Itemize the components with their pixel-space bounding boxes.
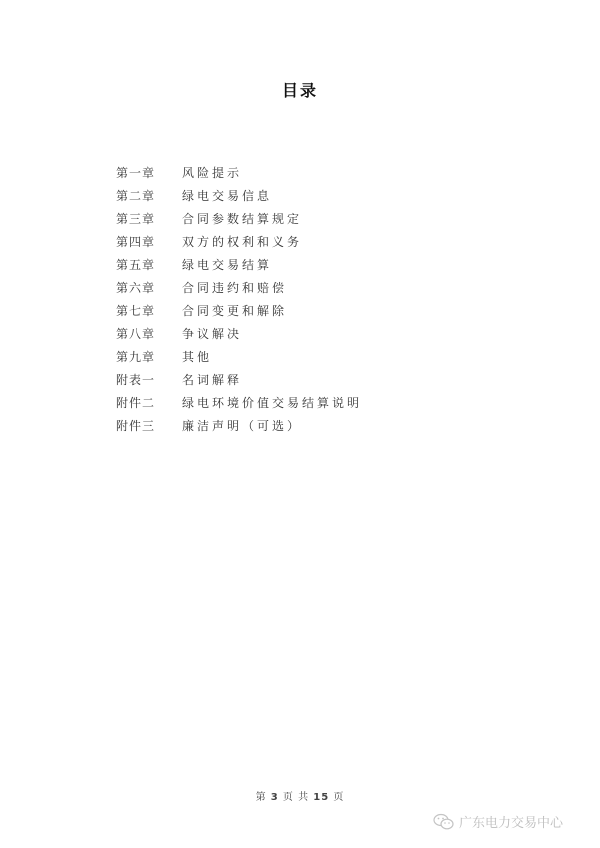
toc-item-title: 绿电交易信息 (182, 187, 272, 204)
toc-item-number: 第八章 (116, 325, 182, 342)
toc-item-title: 风险提示 (182, 164, 242, 181)
footer-suffix: 页 (333, 792, 344, 803)
toc-item: 附件二绿电环境价值交易结算说明 (116, 391, 362, 414)
wechat-watermark: 广东电力交易中心 (433, 812, 563, 831)
page-title: 目录 (0, 78, 600, 101)
toc-item-number: 第六章 (116, 279, 182, 296)
toc-item: 第一章风险提示 (116, 161, 362, 184)
toc-item: 第九章其他 (116, 345, 362, 368)
toc-item-title: 合同参数结算规定 (182, 210, 302, 227)
toc-item: 第二章绿电交易信息 (116, 184, 362, 207)
toc-item-number: 第三章 (116, 210, 182, 227)
toc-item-number: 第四章 (116, 233, 182, 250)
toc-item-title: 合同变更和解除 (182, 302, 287, 319)
toc-item-number: 附表一 (116, 371, 182, 388)
toc-item: 附件三廉洁声明（可选） (116, 414, 362, 437)
toc-item-title: 合同违约和赔偿 (182, 279, 287, 296)
toc-item-number: 第七章 (116, 302, 182, 319)
toc-item: 第六章合同违约和赔偿 (116, 276, 362, 299)
toc-item: 第八章争议解决 (116, 322, 362, 345)
toc-item-number: 附件二 (116, 394, 182, 411)
toc-item-title: 绿电环境价值交易结算说明 (182, 394, 362, 411)
page-footer: 第 3 页 共 15 页 (0, 788, 600, 803)
toc-item: 附表一名词解释 (116, 368, 362, 391)
toc-item: 第五章绿电交易结算 (116, 253, 362, 276)
wechat-icon (433, 813, 455, 831)
toc-item: 第七章合同变更和解除 (116, 299, 362, 322)
toc-item-title: 争议解决 (182, 325, 242, 342)
total-pages-number: 15 (313, 792, 329, 803)
toc-item-title: 廉洁声明（可选） (182, 417, 302, 434)
toc-item-title: 双方的权利和义务 (182, 233, 302, 250)
current-page-number: 3 (271, 792, 279, 803)
footer-prefix: 第 (256, 792, 267, 803)
toc-item-number: 第一章 (116, 164, 182, 181)
toc-item-number: 第二章 (116, 187, 182, 204)
toc-item-title: 绿电交易结算 (182, 256, 272, 273)
toc-item-title: 其他 (182, 348, 212, 365)
toc-item: 第三章合同参数结算规定 (116, 207, 362, 230)
footer-middle: 页 共 (283, 792, 309, 803)
toc-item: 第四章双方的权利和义务 (116, 230, 362, 253)
toc-item-number: 附件三 (116, 417, 182, 434)
toc-item-number: 第五章 (116, 256, 182, 273)
table-of-contents: 第一章风险提示 第二章绿电交易信息 第三章合同参数结算规定 第四章双方的权利和义… (116, 161, 362, 437)
toc-item-title: 名词解释 (182, 371, 242, 388)
toc-item-number: 第九章 (116, 348, 182, 365)
watermark-text: 广东电力交易中心 (459, 812, 563, 831)
